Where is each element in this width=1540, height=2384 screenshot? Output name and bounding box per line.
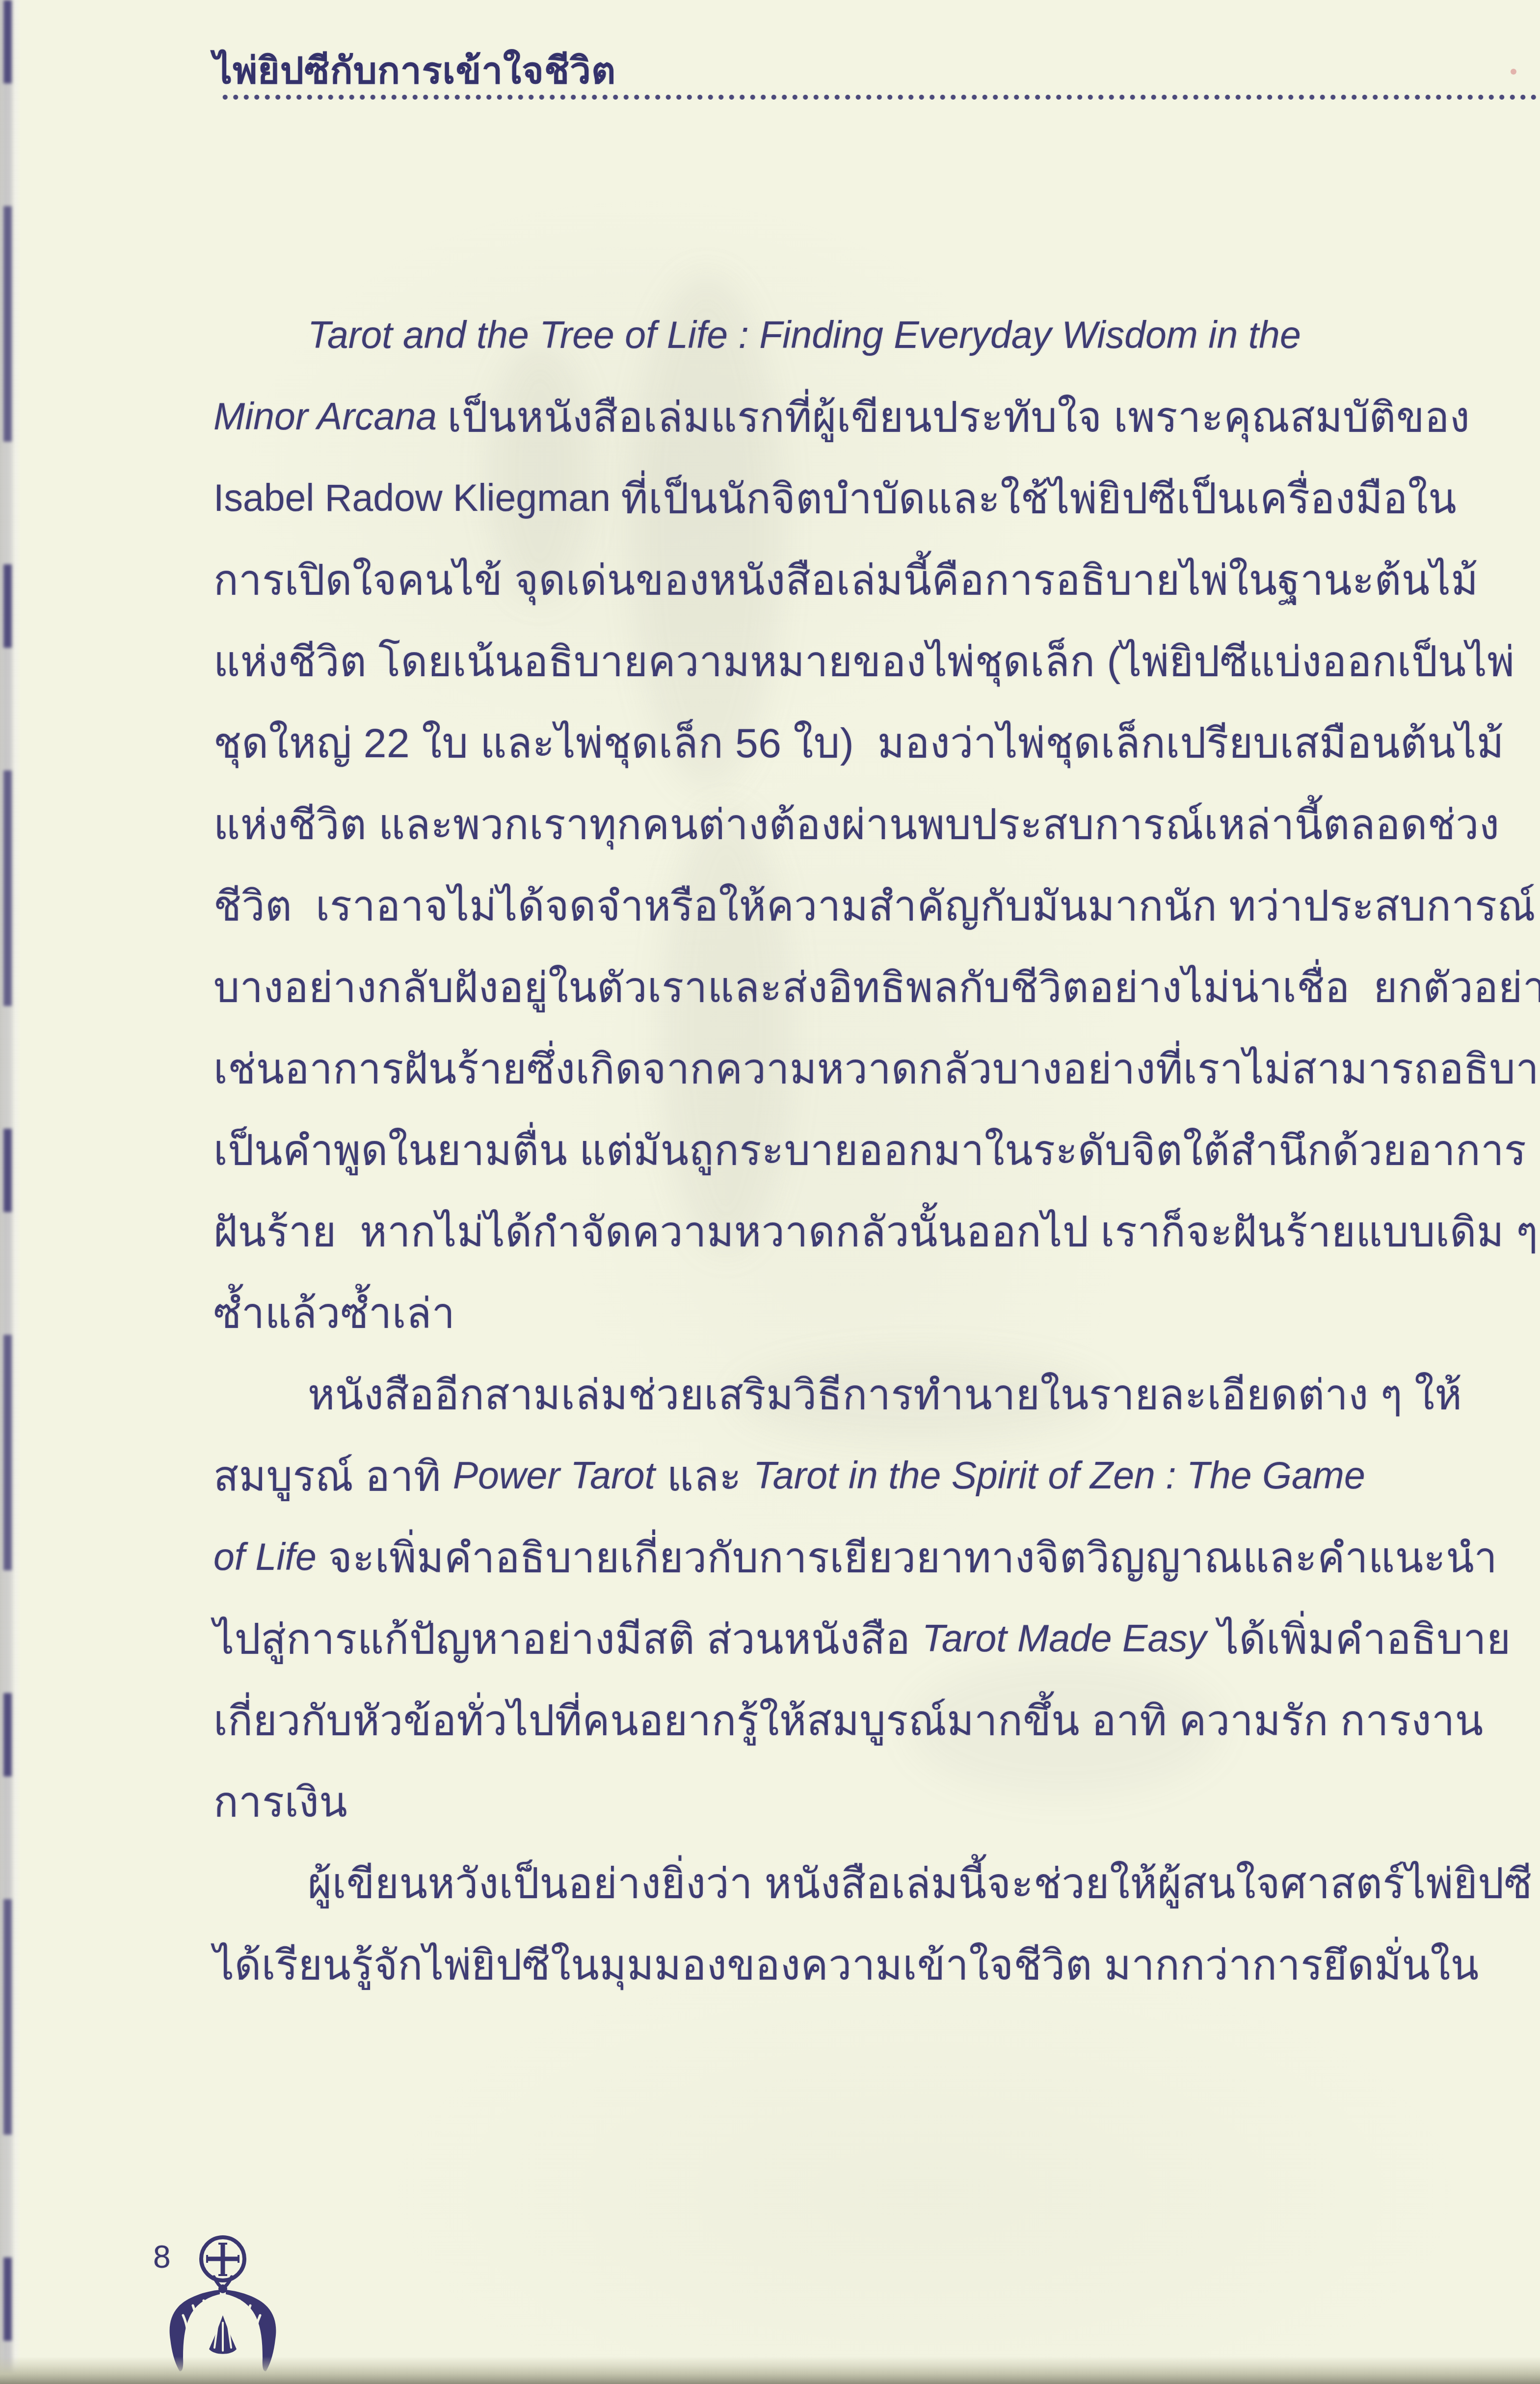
thai-text: ไปสู่การแก้ปัญหาอย่างมีสติ ส่วนหนังสือ <box>213 1606 922 1671</box>
thai-text: บางอย่างกลับฝังอยู่ในตัวเราและส่งอิทธิพล… <box>213 954 1540 1020</box>
body-text: Tarot and the Tree of Life : Finding Eve… <box>213 294 1401 2005</box>
text-line: Minor Arcana เป็นหนังสือเล่มแรกที่ผู้เขี… <box>213 376 1401 457</box>
thai-text: และ <box>655 1443 753 1509</box>
thai-text: การเงิน <box>213 1769 347 1834</box>
thai-text: จะเพิ่มคำอธิบายเกี่ยวกับการเยียวยาทางจิต… <box>317 1524 1498 1590</box>
text-line: ชีวิต เราอาจไม่ได้จดจำหรือให้ความสำคัญกั… <box>213 865 1401 946</box>
thai-text: การเปิดใจคนไข้ จุดเด่นของหนังสือเล่มนี้ค… <box>213 547 1478 612</box>
book-title-italic: Tarot and the Tree of Life : Finding Eve… <box>308 314 1301 357</box>
text-line: การเปิดใจคนไข้ จุดเด่นของหนังสือเล่มนี้ค… <box>213 539 1401 620</box>
dove-cross-orb-icon <box>163 2232 280 2377</box>
book-title-italic: of Life <box>213 1536 317 1579</box>
thai-text: ซ้ำแล้วซ้ำเล่า <box>213 1280 455 1346</box>
text-line: เช่นอาการฝันร้ายซึ่งเกิดจากความหวาดกลัวบ… <box>213 1028 1401 1109</box>
text-line: Tarot and the Tree of Life : Finding Eve… <box>213 294 1401 376</box>
thai-text: เป็นคำพูดในยามตื่น แต่มันถูกระบายออกมาใน… <box>213 1117 1526 1183</box>
scan-edge-binding-marks <box>3 0 12 2384</box>
thai-text: ชีวิต เราอาจไม่ได้จดจำหรือให้ความสำคัญกั… <box>213 873 1536 938</box>
thai-text: เป็นหนังสือเล่มแรกที่ผู้เขียนประทับใจ เพ… <box>447 384 1470 450</box>
scan-edge-left <box>0 0 21 2384</box>
text-line: ผู้เขียนหวังเป็นอย่างยิ่งว่า หนังสือเล่ม… <box>213 1842 1401 1924</box>
thai-text: ฝันร้าย หากไม่ได้กำจัดความหวาดกลัวนั้นออ… <box>213 1198 1538 1264</box>
text-line: ได้เรียนรู้จักไพ่ยิปซีในมุมมองของความเข้… <box>213 1924 1401 2005</box>
text-line: ไปสู่การแก้ปัญหาอย่างมีสติ ส่วนหนังสือ T… <box>213 1598 1401 1679</box>
text-line: เกี่ยวกับหัวข้อทั่วไปที่คนอยากรู้ให้สมบู… <box>213 1679 1401 1761</box>
paper-speck <box>1511 69 1516 75</box>
thai-text: แห่งชีวิต โดยเน้นอธิบายความหมายของไพ่ชุด… <box>213 628 1514 694</box>
thai-text: หนังสืออีกสามเล่มช่วยเสริมวิธีการทำนายใน… <box>308 1361 1462 1427</box>
text-line: บางอย่างกลับฝังอยู่ในตัวเราและส่งอิทธิพล… <box>213 946 1401 1028</box>
text-line: ซ้ำแล้วซ้ำเล่า <box>213 1272 1401 1353</box>
text-line: เป็นคำพูดในยามตื่น แต่มันถูกระบายออกมาใน… <box>213 1109 1401 1191</box>
book-title-italic: Power Tarot <box>453 1454 655 1498</box>
text-line: หนังสืออีกสามเล่มช่วยเสริมวิธีการทำนายใน… <box>213 1353 1401 1435</box>
text-line: สมบูรณ์ อาทิ Power Tarot และ Tarot in th… <box>213 1435 1401 1516</box>
thai-text: แห่งชีวิต และพวกเราทุกคนต่างต้องผ่านพบปร… <box>213 791 1499 857</box>
thai-text: เกี่ยวกับหัวข้อทั่วไปที่คนอยากรู้ให้สมบู… <box>213 1687 1484 1753</box>
text-line: Isabel Radow Kliegman ที่เป็นนักจิตบำบัด… <box>213 457 1401 539</box>
author-name: Isabel Radow Kliegman <box>213 477 621 520</box>
text-line: การเงิน <box>213 1761 1401 1842</box>
text-line: แห่งชีวิต โดยเน้นอธิบายความหมายของไพ่ชุด… <box>213 620 1401 702</box>
thai-text: ที่เป็นนักจิตบำบัดและใช้ไพ่ยิปซีเป็นเครื… <box>621 465 1457 531</box>
thai-text: เช่นอาการฝันร้ายซึ่งเกิดจากความหวาดกลัวบ… <box>213 1035 1540 1101</box>
book-title-italic: Tarot Made Easy <box>922 1617 1206 1661</box>
thai-text: ชุดใหญ่ 22 ใบ และไพ่ชุดเล็ก 56 ใบ) มองว่… <box>213 710 1504 775</box>
text-line: ชุดใหญ่ 22 ใบ และไพ่ชุดเล็ก 56 ใบ) มองว่… <box>213 702 1401 783</box>
thai-text: ผู้เขียนหวังเป็นอย่างยิ่งว่า หนังสือเล่ม… <box>308 1850 1533 1916</box>
book-title-italic: Minor Arcana <box>213 395 447 439</box>
thai-text: ได้เพิ่มคำอธิบาย <box>1206 1606 1511 1671</box>
thai-text: สมบูรณ์ อาทิ <box>213 1443 453 1509</box>
thai-text: ได้เรียนรู้จักไพ่ยิปซีในมุมมองของความเข้… <box>213 1932 1479 1997</box>
header-dotted-rule <box>220 93 1540 101</box>
scan-edge-bottom <box>0 2357 1540 2384</box>
text-line: of Life จะเพิ่มคำอธิบายเกี่ยวกับการเยียว… <box>213 1516 1401 1598</box>
text-line: ฝันร้าย หากไม่ได้กำจัดความหวาดกลัวนั้นออ… <box>213 1191 1401 1272</box>
book-title-italic: Tarot in the Spirit of Zen : The Game <box>753 1454 1365 1498</box>
text-line: แห่งชีวิต และพวกเราทุกคนต่างต้องผ่านพบปร… <box>213 783 1401 865</box>
book-page: ไพ่ยิปซีกับการเข้าใจชีวิต Tarot and the … <box>0 0 1540 2384</box>
page-title: ไพ่ยิปซีกับการเข้าใจชีวิต <box>213 41 616 100</box>
